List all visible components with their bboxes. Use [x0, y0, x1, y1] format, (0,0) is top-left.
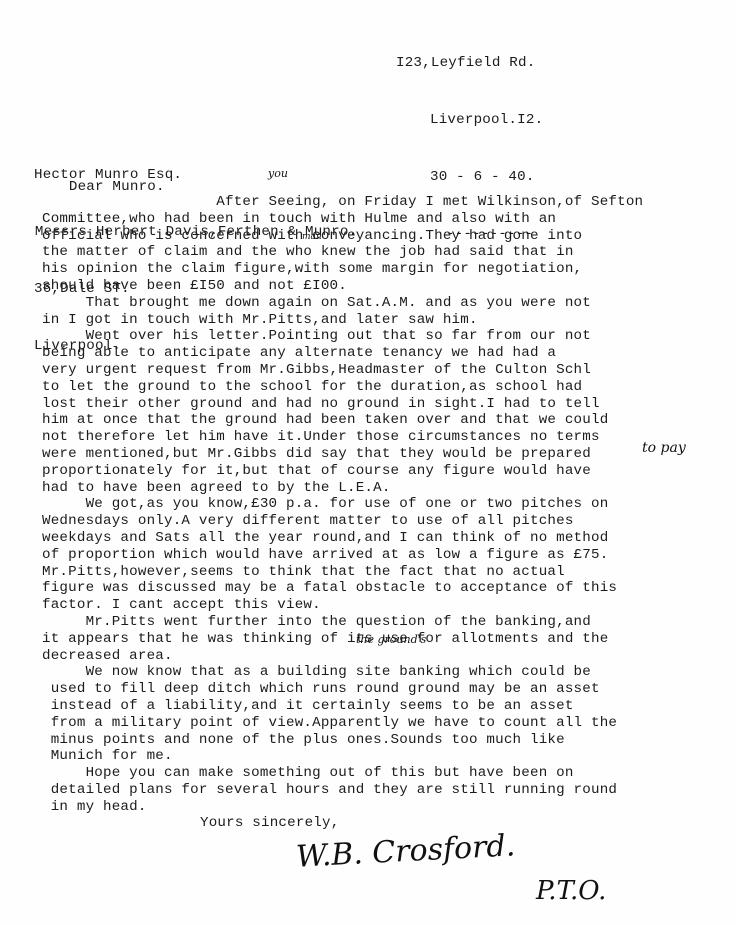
body-line: After Seeing, on Friday I met Wilkinson,… — [42, 194, 643, 211]
body-line: detailed plans for several hours and the… — [42, 782, 643, 799]
body-line: not therefore let him have it.Under thos… — [42, 429, 643, 446]
body-line: Committee,who had been in touch with Hul… — [42, 211, 643, 228]
closing: Yours sincerely, — [200, 814, 339, 833]
body-line: being able to anticipate any alternate t… — [42, 345, 643, 362]
handwritten-annotation: to pay — [642, 440, 686, 456]
body-line: official who is concerned with conveyanc… — [42, 228, 643, 245]
body-line: figure was discussed may be a fatal obst… — [42, 580, 643, 597]
body-line: from a military point of view.Apparently… — [42, 715, 643, 732]
pto-note: P.T.O. — [536, 876, 606, 906]
body-line: his opinion the claim figure,with some m… — [42, 261, 643, 278]
body-line: Munich for me. — [42, 748, 643, 765]
date: 30 - 6 - 40. — [396, 168, 543, 187]
body-line: used to fill deep ditch which runs round… — [42, 681, 643, 698]
body-line: Mr.Pitts went further into the question … — [42, 614, 643, 631]
body-line: proportionately for it,but that of cours… — [42, 463, 643, 480]
body-line: factor. I cant accept this view. — [42, 597, 643, 614]
address-line: Liverpool.I2. — [396, 111, 543, 130]
handwritten-annotation: you — [268, 167, 288, 180]
body-line: lost their other ground and had no groun… — [42, 396, 643, 413]
body-line: That brought me down again on Sat.A.M. a… — [42, 295, 643, 312]
body-line: decreased area. — [42, 648, 643, 665]
body-line: We now know that as a building site bank… — [42, 664, 643, 681]
address-line: I23,Leyfield Rd. — [396, 54, 543, 73]
body-line: very urgent request from Mr.Gibbs,Headma… — [42, 362, 643, 379]
handwritten-annotation: the ground's — [356, 633, 426, 646]
body-line: minus points and none of the plus ones.S… — [42, 732, 643, 749]
body-line: We got,as you know,£30 p.a. for use of o… — [42, 496, 643, 513]
body-line: should have been £I50 and not £I00. — [42, 278, 643, 295]
body-line: Hope you can make something out of this … — [42, 765, 643, 782]
body-line: in my head. — [42, 799, 643, 816]
handwritten-annotation: man — [302, 232, 322, 242]
body-line: of proportion which would have arrived a… — [42, 547, 643, 564]
body-line: Went over his letter.Pointing out that s… — [42, 328, 643, 345]
letter-page: I23,Leyfield Rd. Liverpool.I2. 30 - 6 - … — [0, 0, 736, 925]
body-line: the matter of claim and the who knew the… — [42, 244, 643, 261]
body-line: to let the ground to the school for the … — [42, 379, 643, 396]
body-line: in I got in touch with Mr.Pitts,and late… — [42, 312, 643, 329]
letter-body: After Seeing, on Friday I met Wilkinson,… — [42, 194, 643, 815]
body-line: Wednesdays only.A very different matter … — [42, 513, 643, 530]
body-line: were mentioned,but Mr.Gibbs did say that… — [42, 446, 643, 463]
body-line: him at once that the ground had been tak… — [42, 412, 643, 429]
body-line: weekdays and Sats all the year round,and… — [42, 530, 643, 547]
signature: W.B. Crosford. — [295, 828, 516, 874]
body-line: instead of a liability,and it certainly … — [42, 698, 643, 715]
body-line: had to have been agreed to by the L.E.A. — [42, 480, 643, 497]
body-line: Mr.Pitts,however,seems to think that the… — [42, 564, 643, 581]
body-line: it appears that he was thinking of its u… — [42, 631, 643, 648]
